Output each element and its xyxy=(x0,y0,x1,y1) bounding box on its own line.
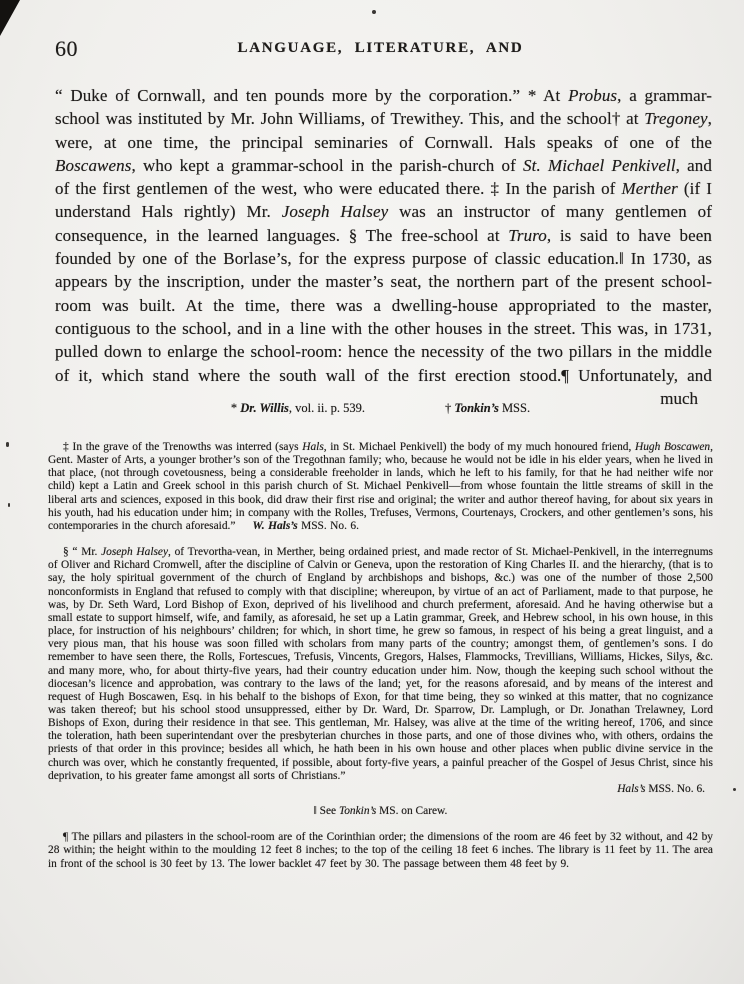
footnote-section-attribution: Hals’s MSS. No. 6. xyxy=(48,783,713,796)
book-page: 60 LANGUAGE, LITERATURE, AND “ Duke of C… xyxy=(0,0,744,984)
footnote-star: * Dr. Willis, vol. ii. p. 539. xyxy=(231,401,365,416)
footnote-pilcrow: ¶ The pillars and pilasters in the schoo… xyxy=(48,831,713,870)
footnote-section: § “ Mr. Joseph Halsey, of Trevortha-vean… xyxy=(48,546,713,783)
page-number: 60 xyxy=(55,36,78,62)
scan-artifact-speck xyxy=(8,503,10,507)
page-header: 60 LANGUAGE, LITERATURE, AND xyxy=(55,40,706,66)
footnote-dagger: † Tonkin’s MSS. xyxy=(445,401,530,416)
footnote-double-dagger: ‡ In the grave of the Trenowths was inte… xyxy=(48,441,713,533)
scan-artifact-dot xyxy=(372,10,376,14)
footnote-parallel: ‖ See Tonkin’s MS. on Carew. xyxy=(48,805,713,818)
scan-artifact-speck xyxy=(6,442,9,447)
scan-artifact-speck xyxy=(733,788,736,791)
footnote-reference-line: * Dr. Willis, vol. ii. p. 539. † Tonkin’… xyxy=(48,401,713,416)
main-text-block: “ Duke of Cornwall, and ten pounds more … xyxy=(55,84,712,410)
running-header: LANGUAGE, LITERATURE, AND xyxy=(55,40,706,57)
scan-artifact-corner xyxy=(0,0,20,36)
body-paragraph: “ Duke of Cornwall, and ten pounds more … xyxy=(55,84,712,387)
footnotes-block: * Dr. Willis, vol. ii. p. 539. † Tonkin’… xyxy=(48,401,713,871)
